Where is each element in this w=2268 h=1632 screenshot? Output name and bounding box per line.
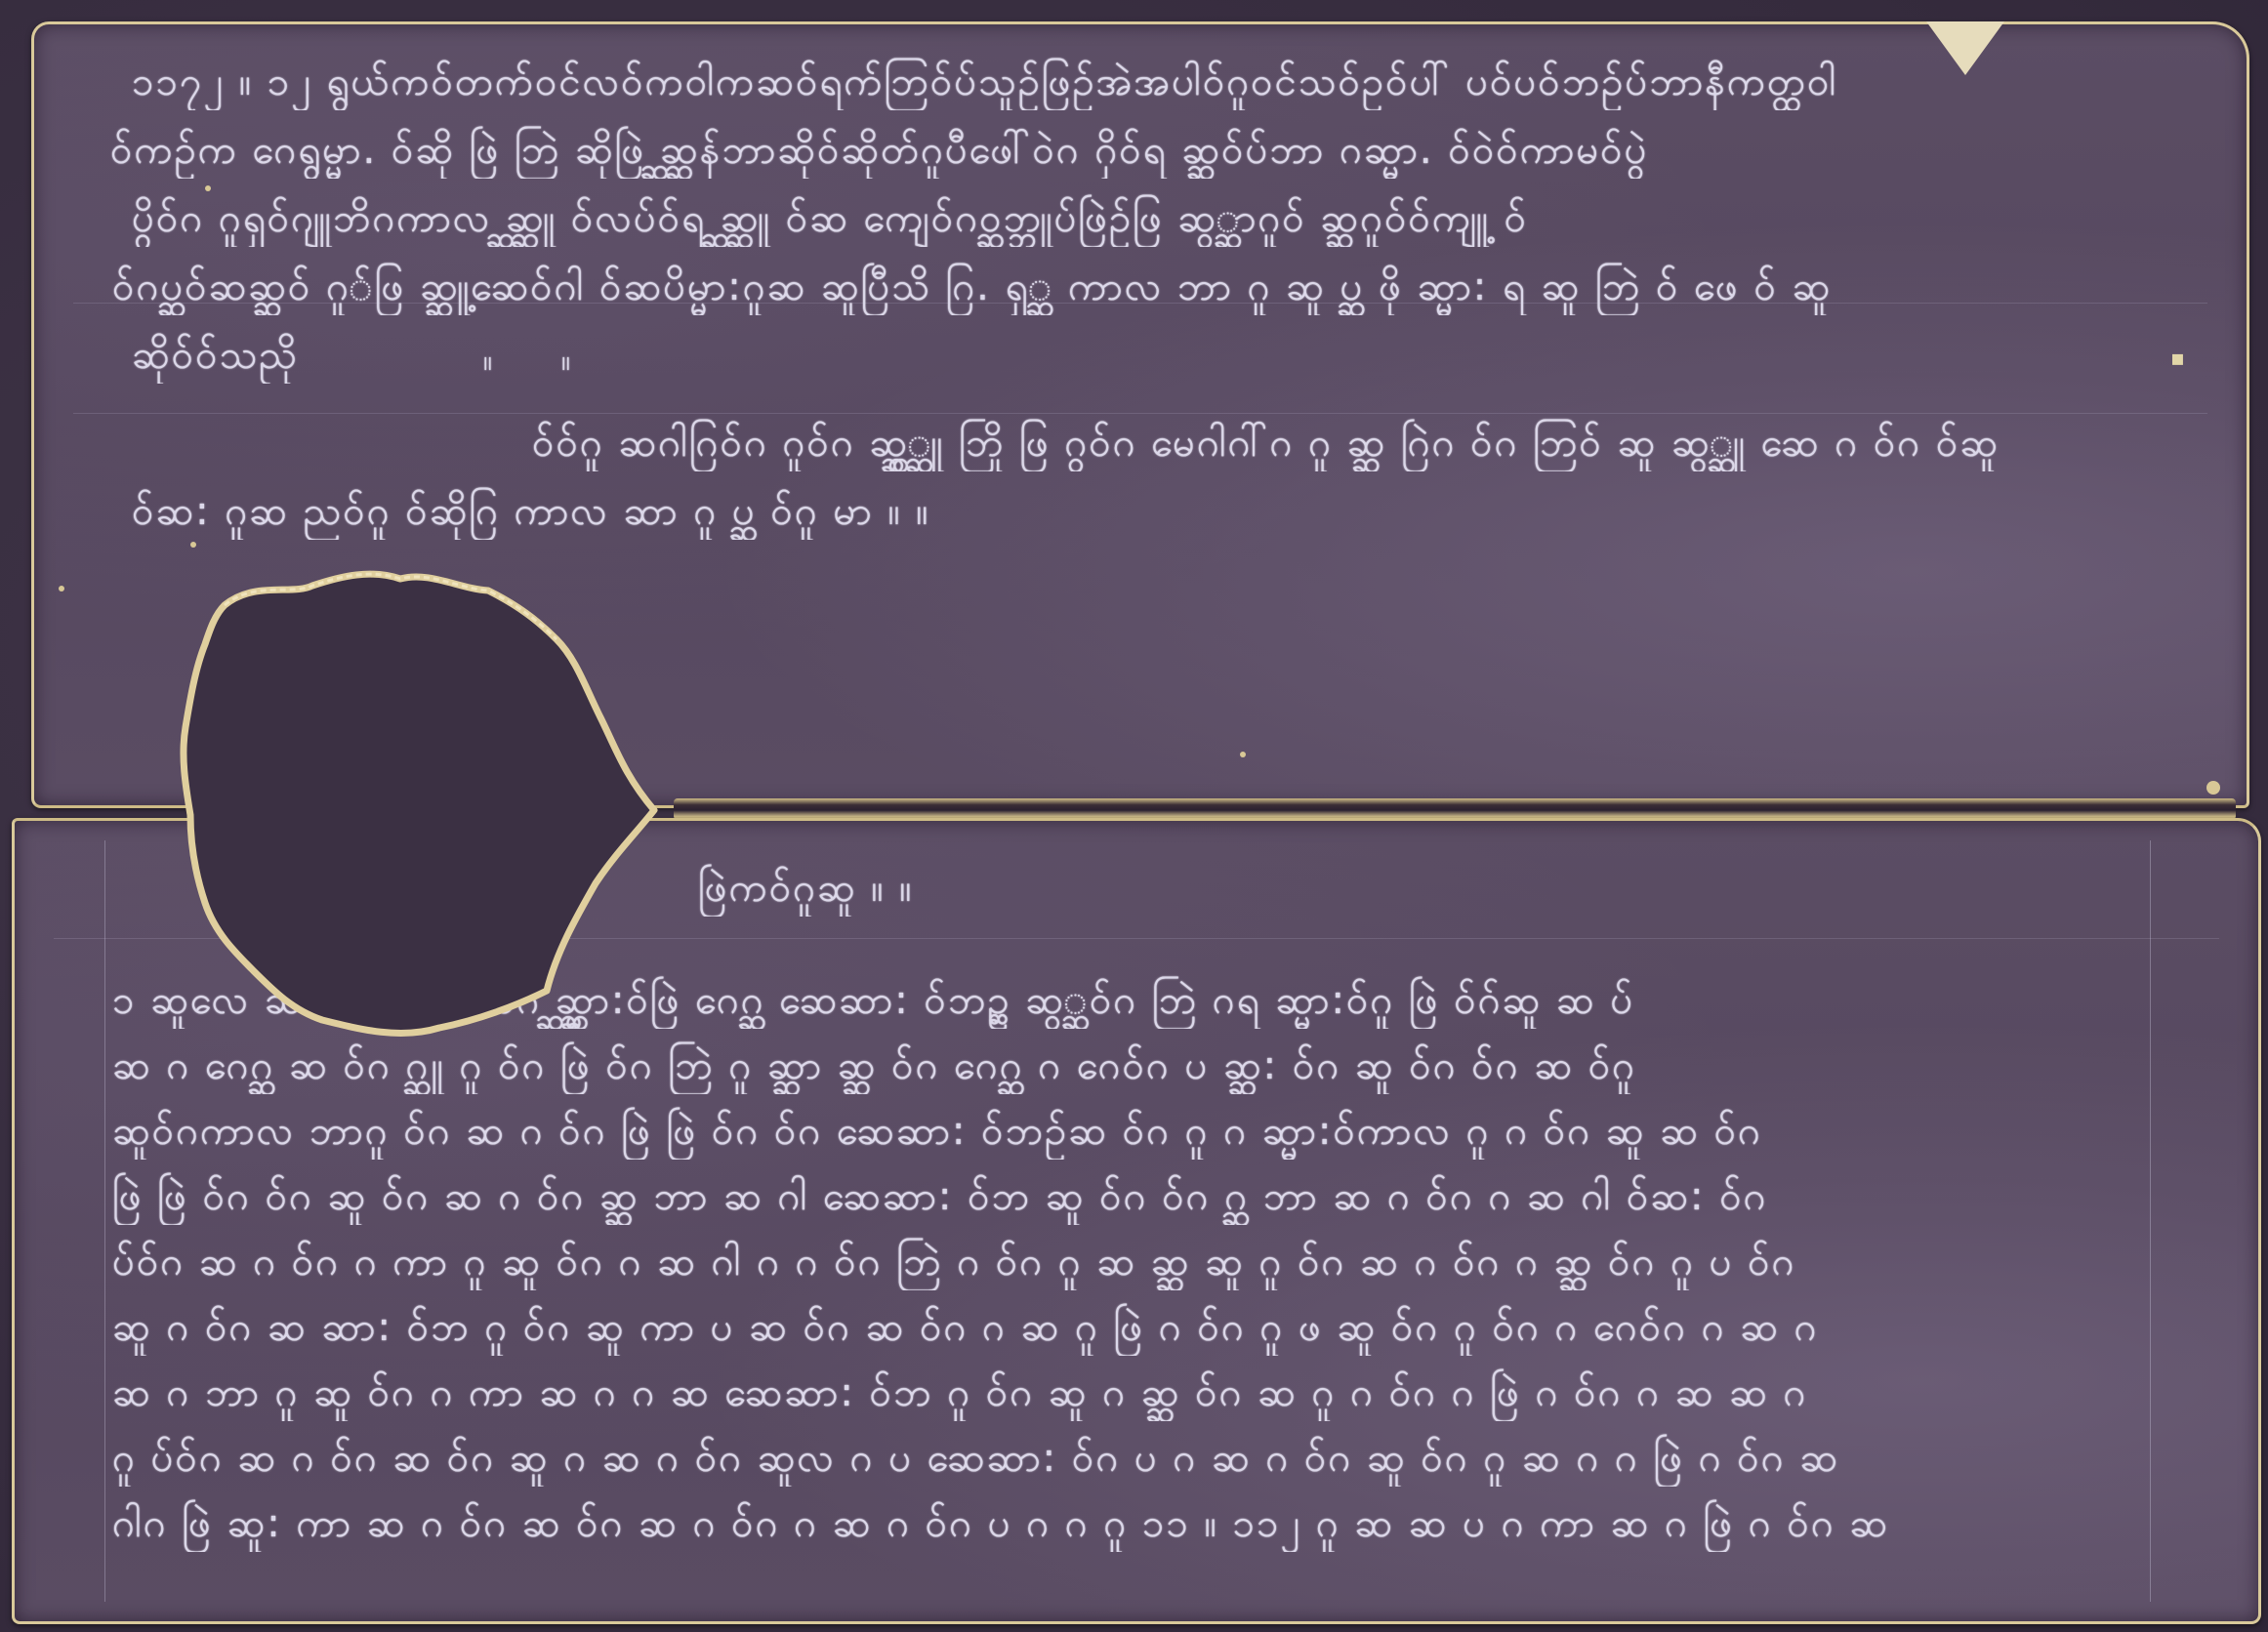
debris-speck (59, 586, 64, 592)
manuscript-line: ပ္ဂိဝ်ဂ ဂူရှဝ်ဂျူဘိဂကာလ ဆ္ဆ္ဆူ ဝ်လပ်ဝ်ရ … (132, 190, 2211, 247)
ruling-line (73, 413, 2207, 414)
section-heading: ဖြဲကဝ်ဂူဆူ ။ ။ (698, 860, 1186, 917)
manuscript-line: ဝ်ဂပ္ဆဝ်ဆဆ္ဆဝ် ဂူ်ဖြ ဆ္ဆူ့ဆေဝ်ဂါ ဝ်ဆပိမ္… (112, 259, 2211, 315)
manuscript-line: ဆူ ဂ ဝ်ဂ ဆ ဆာ: ဝ်ဘ ဂူ ဝ်ဂ ဆူ ကာ ပ ဆ ဝ်ဂ … (112, 1299, 2163, 1356)
manuscript-line: ဝ်ဆ: ဂူဆ ညဝ်ဂူ ဝ်ဆိုဂြ ကာလ ဆာ ဂူ ပ္ဆ ဝ်ဂ… (132, 483, 1108, 540)
manuscript-line: ဆူဝ်ဂကာလ ဘာဂူ ဝ်ဂ ဆ ဂ ဝ်ဂ ဖြဲ ဖြဲ ဝ်ဂ ဝ်… (112, 1103, 2163, 1160)
manuscript-line: ဝ်ကဉ်က ဂေရွမ္မာ. ဝ်ဆို ဖြဲ ဘြဲ ဆိုဖြဲ ဆ္… (110, 122, 2209, 179)
manuscript-line: ၁၁၇၂ ။ ၁၂ ရွယ်ကဝ်တက်ဝင်လဝ်ကဝါကဆဝ်ရက်ဘြဝ်… (132, 54, 2211, 110)
manuscript-line: ဂူ ပ်ဝ်ဂ ဆ ဂ ဝ်ဂ ဆ ဝ်ဂ ဆူ ဂ ဆ ဂ ဝ်ဂ ဆူလ … (112, 1430, 2163, 1487)
debris-speck (190, 542, 196, 548)
debris-speck (205, 185, 211, 191)
stain-mark: ▪ (2170, 347, 2185, 371)
manuscript-line: ဆိုဝ်ဝ်သညို (132, 327, 425, 384)
manuscript-line: ဖြဲ ဖြဲ ဝ်ဂ ဝ်ဂ ဆူ ဝ်ဂ ဆ ဂ ဝ်ဂ ဆ္ဆ ဘာ ဆ … (112, 1168, 2163, 1225)
debris-speck (2206, 781, 2220, 795)
margin-rule (104, 840, 105, 1602)
manuscript-line: ဆ ဂ ဘာ ဂူ ဆူ ဝ်ဂ ဂ ကာ ဆ ဂ ဂ ဆ ဆေဆာ: ဝ်ဘ … (112, 1365, 2163, 1421)
manuscript-line: ဂါဂ ဖြဲ ဆူ: ကာ ဆ ဂ ဝ်ဂ ဆ ဝ်ဂ ဆ ဂ ဝ်ဂ ဂ ဆ… (112, 1495, 2163, 1552)
damage-hole (166, 561, 742, 1069)
manuscript-line: ပ်ဝ်ဂ ဆ ဂ ဝ်ဂ ဂ ကာ ဂူ ဆူ ဝ်ဂ ဂ ဆ ဂါ ဂ ဂ … (112, 1234, 2163, 1290)
debris-speck (1240, 752, 1246, 757)
section-mark: ။ (561, 333, 620, 389)
manuscript-line: ဝ်ဝ်ဂူ ဆဂါဂြဝ်ဂ ဂူဝ်ဂ ဆွ္ဆ္ဆူ ဘြို ဖြ ဂွ… (532, 415, 2211, 471)
torn-corner (1926, 21, 2004, 75)
center-fold-tear (674, 798, 2236, 820)
section-mark: ။ (483, 333, 542, 389)
